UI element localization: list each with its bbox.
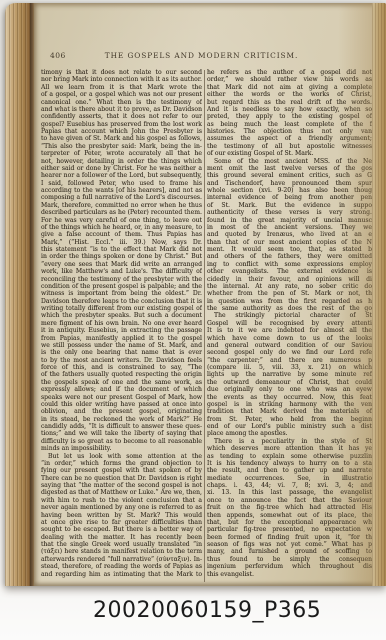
text-line: cidedly in their favour, and opinions wi… (207, 276, 372, 283)
text-line: mere figment of his own brain. No one ev… (41, 320, 202, 327)
text-line: saying that “the matter of the second go… (41, 482, 202, 489)
text-line: the result, and then to gather up and na… (207, 467, 372, 474)
text-line: either said or done by Christ. For he wa… (41, 165, 202, 172)
text-line: according to the wants [of his hearers],… (41, 187, 202, 194)
text-line: this statement “is to the effect that Ma… (41, 246, 202, 253)
text-line: this ground several eminent critics, suc… (207, 172, 372, 179)
text-line: at once give rise to far greater difficu… (41, 519, 202, 526)
text-line: authenticity of these verses is very str… (207, 209, 372, 216)
text-line: (compare iii. 5, viii. 33, x. 21) on whi… (207, 364, 372, 371)
text-line: confidently asserts, that it does not re… (41, 113, 202, 120)
text-column-left: timony is that it does not relate to our… (41, 69, 202, 582)
book-fore-edge-left (5, 3, 30, 586)
text-line: end of our Lord's public ministry such a… (207, 423, 372, 430)
text-line: “in order,” which forms the grand object… (41, 460, 202, 467)
text-line: condition of the present gospel is palpa… (41, 283, 202, 290)
text-line: difficulty is so great as to become to a… (41, 438, 202, 445)
text-line: There is a peculiarity in the style of S… (207, 438, 372, 445)
text-line: the outward demeanour of Christ, that co… (207, 379, 372, 386)
text-line: stead, therefore, of reading the words o… (41, 563, 202, 570)
text-line: ment omit the last twelve verses of the … (207, 165, 372, 172)
text-line: xi. 13. In this last passage, the evange… (207, 489, 372, 496)
text-line: the events as they occurred. Now, this f… (207, 394, 372, 401)
text-line: but regard this as the real drift of the… (207, 99, 372, 106)
text-line: lights up the narrative by some minute r… (207, 371, 372, 378)
text-line: sought to be escaped. But there is a bet… (41, 526, 202, 533)
text-line: terpreter of Peter, wrote accurately all… (41, 150, 202, 157)
text-line: speaks were not our present Gospel of Ma… (41, 394, 202, 401)
text-line: and Tischendorf, have pronounced them sp… (207, 180, 372, 187)
text-line: place among the apostles. (207, 430, 372, 437)
text-line: which the presbyter speaks. But such a d… (41, 312, 202, 319)
text-line: we still possess under the name of St. M… (41, 342, 202, 349)
text-line: work, like Matthew's and Luke's. The dif… (41, 268, 202, 275)
text-line: from Papias, manifestly applied it to th… (41, 335, 202, 342)
text-line: dealing with the matter. It has recently… (41, 534, 202, 541)
text-line: Davidson therefore leaps to the conclusi… (41, 298, 202, 305)
text-line: ingenium perfervidum which throughout di… (207, 563, 372, 570)
text-line: whole section (xvi. 9-20) has also been … (207, 187, 372, 194)
text-line: with him to rush to the violent conclusi… (41, 497, 202, 504)
text-line: particular fig-tree presented, no expect… (207, 526, 372, 533)
text-line: composing a full narrative of the Lord's… (41, 194, 202, 201)
text-line: he refers as the author of a gospel did … (207, 69, 372, 76)
text-line: which have come down to us of the looks (207, 335, 372, 342)
text-line: and regarding him as intimating that the… (41, 571, 202, 578)
paragraph: timony is that it does not relate to our… (41, 69, 202, 453)
text-line: candidly adds, “It is difficult to answe… (41, 423, 202, 430)
text-line: having been written by St. Mark? This wo… (41, 512, 202, 519)
text-line: and others of the fathers, they were omi… (207, 253, 372, 260)
text-line: (τάξει) here stands in manifest relation… (41, 548, 202, 555)
text-line: due originally only to one who was an ey… (207, 386, 372, 393)
text-line: in most of the ancient versions. They we (207, 224, 372, 231)
text-line: It is his tendency always to hurry on to… (207, 460, 372, 467)
text-line: in its stead, be reckoned the work of Ma… (41, 416, 202, 423)
text-line: nor bring Mark into connection with it a… (41, 76, 202, 83)
text-line: The strikingly pictorial character of St (207, 312, 372, 319)
text-line: other evangelists. The external evidence… (207, 268, 372, 275)
text-line: fying our present gospel with that spoke… (41, 467, 202, 474)
text-line: gospel? Eusebius has preserved from the … (41, 121, 202, 128)
text-line: than that of our most ancient copies of … (207, 239, 372, 246)
running-title: THE GOSPELS AND MODERN CRITICISM. (41, 51, 362, 60)
text-line: expressly allows; and if the document of… (41, 386, 202, 393)
text-line: writing totally different from our exist… (41, 305, 202, 312)
scanned-book-page: 406 THE GOSPELS AND MODERN CRITICISM. ti… (5, 3, 386, 586)
text-line: the testimony of all but apostolic witne… (207, 143, 372, 150)
paragraph: Some of the most ancient MSS. of the Nem… (207, 158, 372, 313)
text-line: minds an impossibility. (41, 445, 202, 452)
column-divider-rule (204, 70, 205, 582)
text-line: hearer nor a follower of the Lord, but s… (41, 172, 202, 179)
text-line: preted, they apply to the existing gospe… (207, 113, 372, 120)
text-line: in order the things spoken or done by Ch… (41, 253, 202, 260)
text-line: of our existing Gospel of St. Mark. (207, 150, 372, 157)
text-line: give a false account of them. Thus Papia… (41, 231, 202, 238)
text-line: to have given of St. Mark and his gospel… (41, 135, 202, 142)
text-line: whether from the pen of St. Mark or not,… (207, 290, 372, 297)
text-line: histories. The objection thus not only v… (207, 128, 372, 135)
text-line: is the only one bearing that name that i… (41, 349, 202, 356)
text-line: canonical one.” What then is the testimo… (41, 99, 202, 106)
text-line: Some of the most ancient MSS. of the Ne (207, 158, 372, 165)
paragraph: he refers as the author of a gospel did … (207, 69, 372, 158)
text-line: “every one sees that Mark did write an a… (41, 261, 202, 268)
text-line: “This also the presbyter said: Mark, bei… (41, 143, 202, 150)
text-line: tradition that Mark derived the material… (207, 408, 372, 415)
text-line: timony is that it does not relate to our… (41, 69, 202, 76)
text-line: “the carpenter;” and there are numerous … (207, 357, 372, 364)
paragraph: But let us look with some attention at t… (41, 453, 202, 578)
paragraph: The strikingly pictorial character of St… (207, 312, 372, 437)
text-line: internal evidence of being from another … (207, 194, 372, 201)
text-line: afterwards rendered “full narrative” (σύ… (41, 556, 202, 563)
text-line: force of this, and is constrained to say… (41, 364, 202, 371)
text-line: that, but for the exceptional appearance… (207, 519, 372, 526)
text-line: it in antiquity. Eusebius, in extracting… (41, 327, 202, 334)
text-line: fruit on the fig-tree which had attracte… (207, 504, 372, 511)
text-line: found in the great majority of uncial ma… (207, 217, 372, 224)
text-line: But let us look with some attention at t… (41, 453, 202, 460)
text-column-right: he refers as the author of a gospel did … (207, 69, 372, 582)
text-line: of the fathers usually quoted respecting… (41, 371, 202, 378)
text-line: could this older writing have passed at … (41, 401, 202, 408)
text-line: to by the most ancient writers. Dr. Davi… (41, 357, 202, 364)
text-line: There can be no question that Dr. Davids… (41, 475, 202, 482)
text-line: then appends, somewhat out of its place,… (207, 512, 372, 519)
text-line: that Mark did not aim at giving a comple… (207, 84, 372, 91)
text-line: described particulars as he (Peter) reco… (41, 209, 202, 216)
text-line: I said, followed Peter, who used to fram… (41, 180, 202, 187)
text-line: of St. Mark. But the evidence in suppo (207, 202, 372, 209)
text-line: order,” we should rather view his words … (207, 76, 372, 83)
text-line: and quoted by Irenæus, who lived at an e (207, 231, 372, 238)
text-line: of a gospel, or a gospel which was not o… (41, 91, 202, 98)
text-line: never again mentioned by any one is refe… (41, 504, 202, 511)
text-body: timony is that it does not relate to our… (41, 69, 372, 582)
text-line: witness is important from being the olde… (41, 290, 202, 297)
text-line: second gospel only do we find our Lord r… (207, 349, 372, 356)
text-line: that the single Greek word usually trans… (41, 541, 202, 548)
text-line: as tending to explain some otherwise puz… (207, 453, 372, 460)
text-line: and general outward condition of our Sav… (207, 342, 372, 349)
text-line: in question was from the first regarded … (207, 298, 372, 305)
text-line: tions;” and we will take the liberty of … (41, 430, 202, 437)
text-line: ing to conflict with some expressions em… (207, 261, 372, 268)
text-line: Gospel will be recognised by every atten… (207, 320, 372, 327)
text-line: ment. It would seem too, that, as stated… (207, 246, 372, 253)
text-line: assumes the aspect of a friendly argumen… (207, 135, 372, 142)
text-line: the gospels speak of one and the same wo… (41, 379, 202, 386)
text-line: and what is there about it to prove, as … (41, 106, 202, 113)
text-line: either the words or the works of Christ, (207, 91, 372, 98)
text-line: For he was very careful of one thing, to… (41, 217, 202, 224)
text-line: of the things which he heard, or, in any… (41, 224, 202, 231)
archive-id-label: 20020060159_P365 (93, 598, 321, 623)
text-line: It is to it we are indebted for almost a… (207, 327, 372, 334)
text-line: oblivion, and the present gospel, origin… (41, 408, 202, 415)
text-line: season of figs was not yet come.” What h… (207, 541, 372, 548)
text-line: gospel is in striking harmony with the v… (207, 401, 372, 408)
text-line: been formed of finding fruit upon it, “f… (207, 534, 372, 541)
text-line: the same authority as does the rest of t… (207, 305, 372, 312)
paragraph: There is a peculiarity in the style of S… (207, 438, 372, 578)
text-line: which deserves more attention than it ha… (207, 445, 372, 452)
text-line: Mark,” (“Hist. Eccl.” iii. 39.) Now, say… (41, 239, 202, 246)
scanner-backdrop: 20020060159_P365 (0, 586, 386, 640)
page-header: 406 THE GOSPELS AND MODERN CRITICISM. (41, 51, 362, 63)
text-line: All we learn from it is that Mark wrote … (41, 84, 202, 91)
text-line: the internal. At any rate, no sober crit… (207, 283, 372, 290)
text-line: this evangelist. (207, 571, 372, 578)
text-line: Mark, therefore, committed no error when… (41, 202, 202, 209)
text-line: reconciling the testimony of the presbyt… (41, 276, 202, 283)
text-line: mediate occurrences. See, in illustratio (207, 475, 372, 482)
text-line: once to announce the fact that the Savio… (207, 497, 372, 504)
text-line: And it is needless to say how exactly, w… (207, 106, 372, 113)
text-line: Papias that account which John the Presb… (41, 128, 202, 135)
text-line: as being much the least complete of the … (207, 121, 372, 128)
text-line: from St. Peter, who held from the beginn (207, 416, 372, 423)
text-line: many, and furnished a ground of scoffing… (207, 548, 372, 555)
text-line: digested as that of Matthew or Luke.” Ar… (41, 489, 202, 496)
text-line: chaps. i. 43, 44; vi. 7, 8; xvi. 3, 4; a… (207, 482, 372, 489)
text-line: thus found to be simply the consequen (207, 556, 372, 563)
text-line: not, however, detailing in order the thi… (41, 158, 202, 165)
